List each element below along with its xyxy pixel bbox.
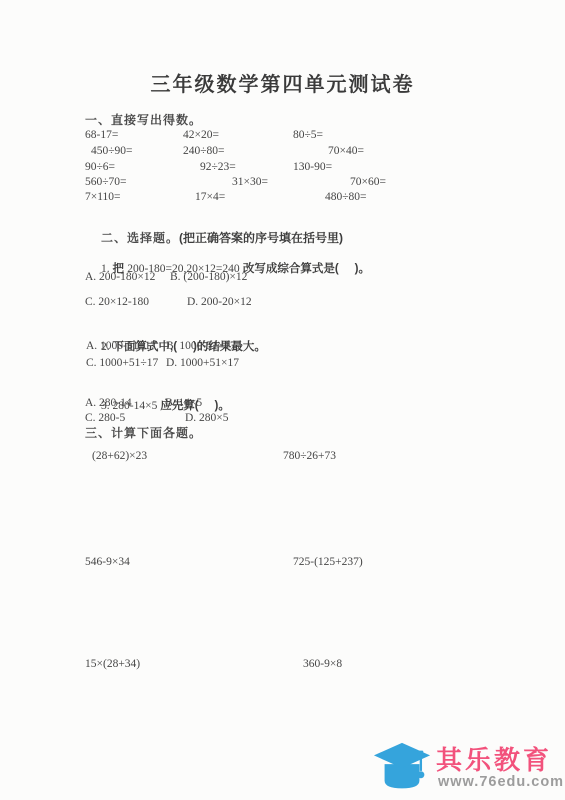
- oral-problem: 450÷90=: [91, 145, 133, 159]
- option: A. 280-14: [85, 397, 132, 411]
- computation-problem: 15×(28+34): [85, 658, 140, 672]
- oral-problem: 90÷6=: [85, 161, 115, 175]
- watermark: 其乐教育 www.76edu.com: [372, 738, 562, 798]
- section-heading-computation: 三、计算下面各题。: [85, 426, 202, 440]
- oral-problem: 480÷80=: [325, 191, 367, 205]
- test-paper: 三年级数学第四单元测试卷 一、直接写出得数。 68-17= 42×20= 80÷…: [0, 0, 565, 800]
- question-text: 改写成综合算式是( )。: [240, 263, 370, 275]
- graduation-cap-icon: [372, 740, 432, 796]
- option: D. 1000+51×17: [166, 357, 239, 371]
- oral-problem: 70×60=: [350, 176, 386, 190]
- oral-problem: 92÷23=: [200, 161, 236, 175]
- oral-problem: 80÷5=: [293, 129, 323, 143]
- option: B. (200-180)×12: [170, 271, 247, 285]
- oral-problem: 7×110=: [85, 191, 121, 205]
- option: D. 280×5: [185, 412, 229, 426]
- oral-problem: 17×4=: [195, 191, 225, 205]
- computation-problem: 546-9×34: [85, 556, 130, 570]
- page-title: 三年级数学第四单元测试卷: [0, 68, 565, 97]
- option: D. 200-20×12: [187, 296, 252, 310]
- computation-problem: 360-9×8: [303, 658, 342, 672]
- oral-problem: 70×40=: [328, 145, 364, 159]
- oral-problem: 42×20=: [183, 129, 219, 143]
- oral-problem: 31×30=: [232, 176, 268, 190]
- brand-url: www.76edu.com: [438, 774, 564, 790]
- computation-problem: 725-(125+237): [293, 556, 363, 570]
- brand-name: 其乐教育: [436, 740, 552, 777]
- option: A. 1000-51÷17: [86, 340, 156, 354]
- option: B. 14×5: [165, 397, 202, 411]
- option: C. 20×12-180: [85, 296, 149, 310]
- option: C. 280-5: [85, 412, 125, 426]
- section-heading-oral-calc: 一、直接写出得数。: [85, 113, 202, 127]
- option: A. 200-180×12: [85, 271, 155, 285]
- oral-problem: 68-17=: [85, 129, 118, 143]
- computation-problem: (28+62)×23: [92, 450, 147, 464]
- question-1: 1. 把 200-180=20,20×12=240 改写成综合算式是( )。: [85, 239, 370, 297]
- option: C. 1000+51÷17: [86, 357, 158, 371]
- oral-problem: 130-90=: [293, 161, 332, 175]
- oral-problem: 240÷80=: [183, 145, 225, 159]
- option: B. 1000-51×17: [166, 340, 236, 354]
- oral-problem: 560÷70=: [85, 176, 127, 190]
- computation-problem: 780÷26+73: [283, 450, 336, 464]
